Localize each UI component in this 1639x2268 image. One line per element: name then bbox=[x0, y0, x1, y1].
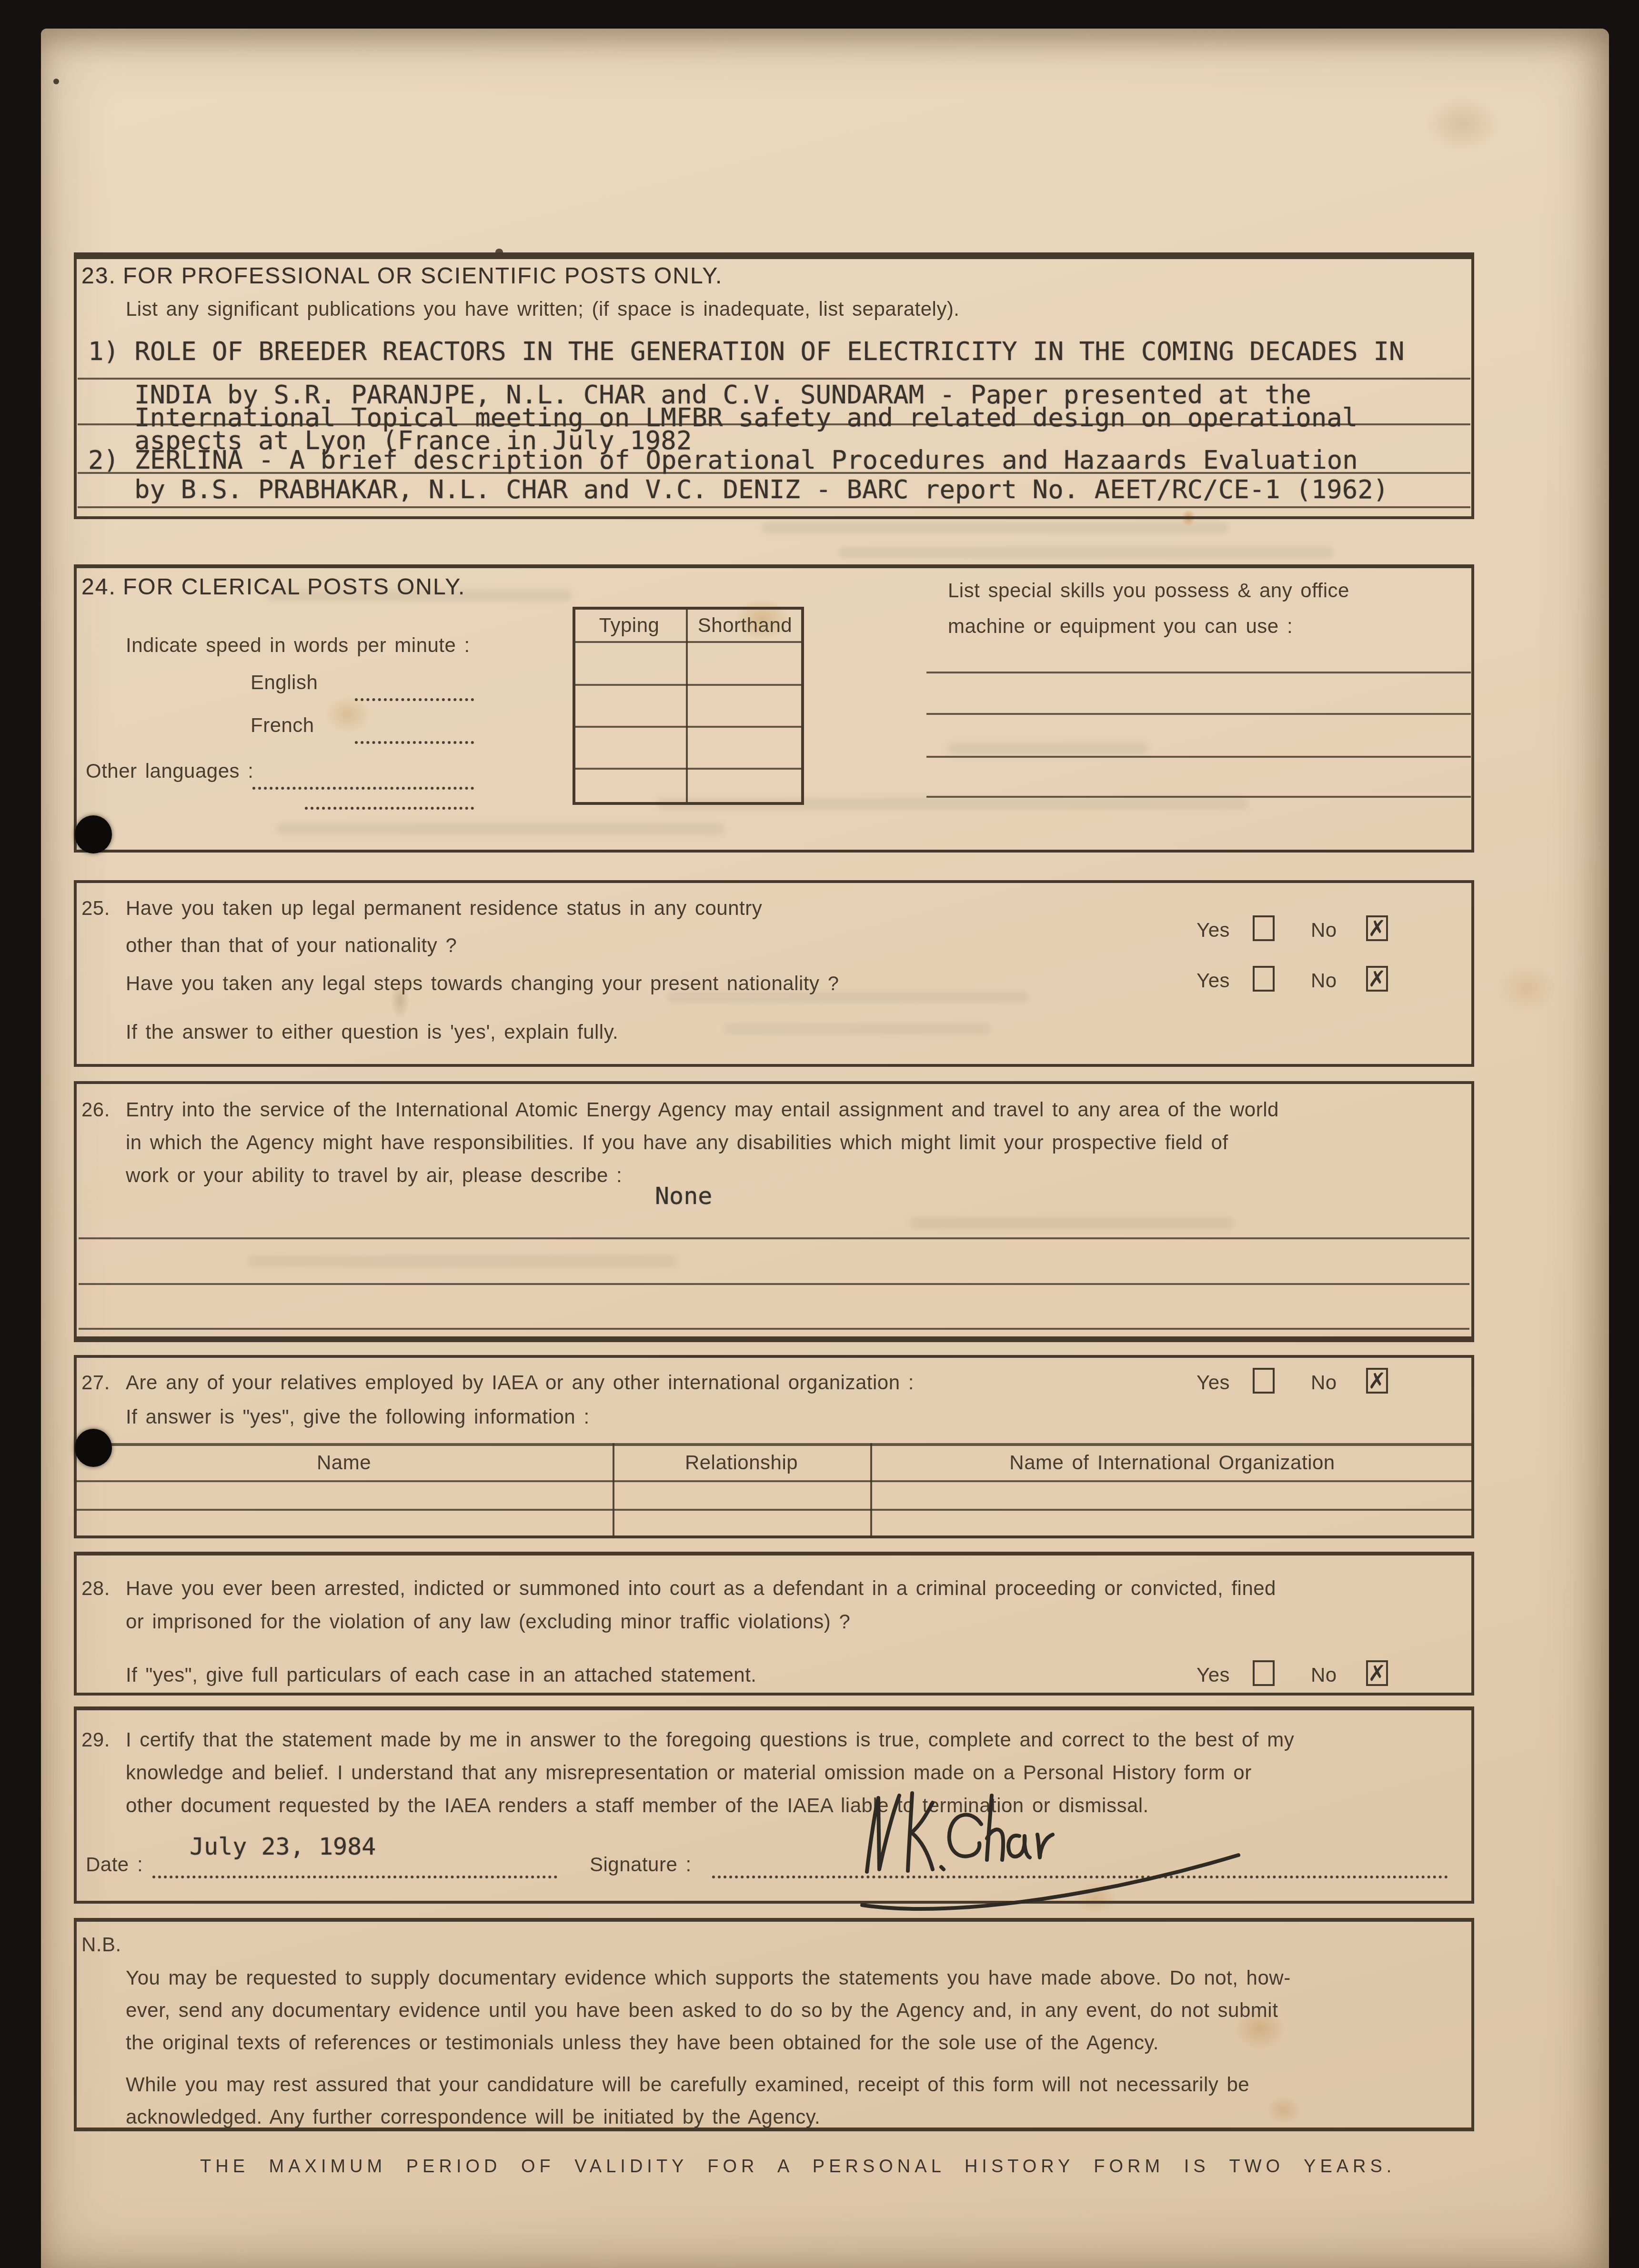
travel-clause-line-3: work or your ability to travel by air, p… bbox=[126, 1164, 622, 1187]
typing-column-header: Typing bbox=[573, 613, 686, 637]
no-label: No bbox=[1311, 1663, 1337, 1687]
arrest-yes-checkbox[interactable] bbox=[1253, 1660, 1275, 1686]
skills-answer-line bbox=[926, 713, 1471, 715]
special-skills-line-2: machine or equipment you can use : bbox=[948, 614, 1293, 638]
relatives-table-row-line bbox=[75, 1509, 1473, 1511]
paper-stain bbox=[1496, 962, 1558, 1014]
residence-question-line-1: Have you taken up legal permanent reside… bbox=[126, 896, 762, 920]
english-speed-field bbox=[355, 698, 474, 701]
paper-stain bbox=[1424, 95, 1500, 152]
speed-table-column-divider bbox=[686, 610, 688, 802]
hole-punch bbox=[75, 815, 112, 853]
bleedthrough-smudge bbox=[762, 522, 1229, 533]
answer-line bbox=[79, 1283, 1469, 1285]
answer-line bbox=[79, 1237, 1469, 1239]
section-25-number: 25. bbox=[81, 896, 110, 920]
nationality-yes-checkbox[interactable] bbox=[1253, 966, 1275, 992]
nationality-change-question: Have you taken any legal steps towards c… bbox=[126, 972, 839, 995]
section-24-number: 24. bbox=[81, 574, 116, 600]
date-label: Date : bbox=[86, 1853, 143, 1877]
shorthand-column-header: Shorthand bbox=[686, 613, 804, 637]
residence-question-line-2: other than that of your nationality ? bbox=[126, 933, 457, 957]
relationship-column-header: Relationship bbox=[613, 1451, 870, 1475]
speed-instruction: Indicate speed in words per minute : bbox=[126, 633, 470, 657]
organization-column-header: Name of International Organization bbox=[870, 1451, 1474, 1475]
yes-label: Yes bbox=[1197, 1371, 1230, 1395]
nb-paragraph-2-line-1: While you may rest assured that your can… bbox=[126, 2073, 1249, 2097]
nb-paragraph-1-line-1: You may be requested to supply documenta… bbox=[126, 1966, 1291, 1990]
certification-line-1: I certify that the statement made by me … bbox=[126, 1728, 1294, 1752]
yes-label: Yes bbox=[1197, 969, 1230, 993]
section-26-number: 26. bbox=[81, 1098, 110, 1122]
skills-answer-line bbox=[926, 796, 1471, 798]
nationality-no-checkbox[interactable]: ✗ bbox=[1366, 966, 1388, 992]
no-label: No bbox=[1311, 969, 1337, 993]
section-27-number: 27. bbox=[81, 1371, 110, 1395]
disabilities-answer: None bbox=[655, 1182, 712, 1210]
date-field bbox=[152, 1876, 557, 1878]
speed-table-header-line bbox=[575, 641, 801, 643]
english-label: English bbox=[251, 671, 318, 694]
nb-box bbox=[74, 1918, 1474, 2131]
speed-table-row-line bbox=[575, 768, 801, 770]
arrest-question-line-1: Have you ever been arrested, indicted or… bbox=[126, 1576, 1276, 1600]
section-24-title: FOR CLERICAL POSTS ONLY. bbox=[123, 574, 465, 600]
section-28-number: 28. bbox=[81, 1576, 110, 1600]
ruled-line bbox=[78, 506, 1470, 508]
nb-paragraph-1-line-3: the original texts of references or test… bbox=[126, 2031, 1159, 2055]
section-23-number: 23. bbox=[81, 263, 116, 289]
speed-table-row-line bbox=[575, 684, 801, 686]
no-label: No bbox=[1311, 1371, 1337, 1395]
nb-label: N.B. bbox=[81, 1933, 121, 1957]
speed-table-row-line bbox=[575, 726, 801, 728]
special-skills-line-1: List special skills you possess & any of… bbox=[948, 579, 1349, 602]
residence-yes-checkbox[interactable] bbox=[1253, 915, 1275, 941]
arrest-particulars-note: If "yes", give full particulars of each … bbox=[126, 1663, 756, 1687]
other-languages-field bbox=[252, 787, 474, 790]
relatives-yes-checkbox[interactable] bbox=[1253, 1368, 1275, 1394]
travel-clause-line-1: Entry into the service of the Internatio… bbox=[126, 1098, 1279, 1122]
name-column-header: Name bbox=[75, 1451, 613, 1475]
answer-line bbox=[79, 1328, 1469, 1330]
yes-label: Yes bbox=[1197, 1663, 1230, 1687]
signature-handwriting bbox=[810, 1762, 1262, 1919]
skills-answer-line bbox=[926, 756, 1471, 758]
relatives-no-checkbox[interactable]: ✗ bbox=[1366, 1368, 1388, 1394]
yes-label: Yes bbox=[1197, 918, 1230, 942]
arrest-question-line-2: or imprisoned for the violation of any l… bbox=[126, 1610, 850, 1634]
no-label: No bbox=[1311, 918, 1337, 942]
section-29-number: 29. bbox=[81, 1728, 110, 1752]
paper-speck bbox=[53, 79, 59, 84]
bleedthrough-smudge bbox=[838, 547, 1334, 558]
scanned-form-page: 23. FOR PROFESSIONAL OR SCIENTIFIC POSTS… bbox=[0, 0, 1639, 2268]
section-23-title: FOR PROFESSIONAL OR SCIENTIFIC POSTS ONL… bbox=[123, 263, 723, 289]
signature-label: Signature : bbox=[590, 1853, 692, 1877]
french-label: French bbox=[251, 713, 314, 737]
date-value: July 23, 1984 bbox=[190, 1833, 376, 1860]
nb-paragraph-2-line-2: acknowledged. Any further correspondence… bbox=[126, 2105, 820, 2129]
section-23-subtitle: List any significant publications you ha… bbox=[126, 297, 960, 321]
explain-fully-note: If the answer to either question is 'yes… bbox=[126, 1020, 618, 1044]
relatives-question: Are any of your relatives employed by IA… bbox=[126, 1371, 914, 1395]
publication-1-line-1: 1) ROLE OF BREEDER REACTORS IN THE GENER… bbox=[88, 336, 1404, 366]
residence-no-checkbox[interactable]: ✗ bbox=[1366, 915, 1388, 941]
arrest-no-checkbox[interactable]: ✗ bbox=[1366, 1660, 1388, 1686]
relatives-table-header-line bbox=[75, 1480, 1473, 1482]
nb-paragraph-1-line-2: ever, send any documentary evidence unti… bbox=[126, 1998, 1278, 2022]
hole-punch bbox=[75, 1429, 112, 1467]
relatives-table-top-line bbox=[75, 1443, 1473, 1446]
publication-2-line-2: by B.S. PRABHAKAR, N.L. CHAR and V.C. DE… bbox=[134, 474, 1388, 504]
skills-answer-line bbox=[926, 672, 1471, 673]
publication-2-line-1: 2) ZERLINA - A brief description of Oper… bbox=[88, 445, 1358, 475]
footer-validity-note: THE MAXIMUM PERIOD OF VALIDITY FOR A PER… bbox=[200, 2157, 1362, 2177]
other-languages-label: Other languages : bbox=[86, 759, 253, 783]
travel-clause-line-2: in which the Agency might have responsib… bbox=[126, 1131, 1228, 1154]
relatives-instruction: If answer is "yes", give the following i… bbox=[126, 1405, 590, 1429]
other-languages-field-2 bbox=[305, 807, 474, 810]
french-speed-field bbox=[355, 741, 474, 744]
